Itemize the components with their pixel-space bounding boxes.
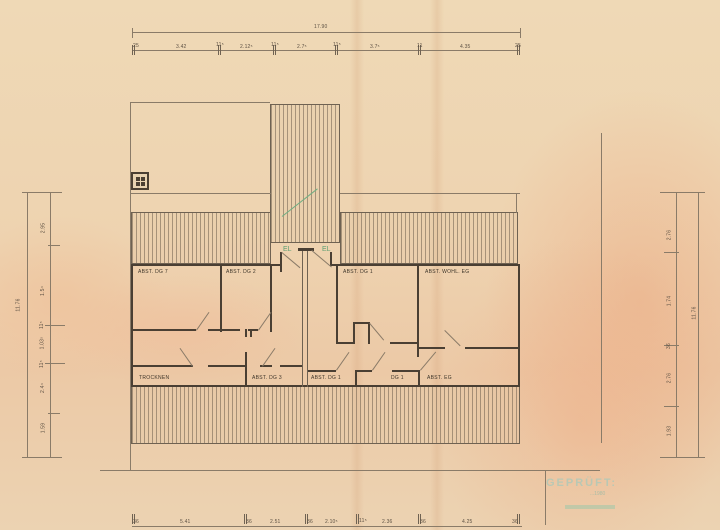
wall-mark: 11⁵ — [39, 360, 45, 368]
room-label-abst-eg: ABST. EG — [427, 375, 452, 381]
property-line-top — [130, 102, 270, 103]
dim-segment: 1.74 — [666, 296, 672, 307]
property-line-bottom — [100, 470, 600, 471]
dim-segment: 4.35 — [460, 44, 471, 50]
dim-segment: 1.5⁴ — [40, 286, 46, 296]
dim-segment: 2.10⁵ — [325, 519, 338, 525]
room-label-abst-dg3: ABST. DG 3 — [252, 375, 282, 381]
dim-segment: 2.76 — [666, 230, 672, 241]
dim-segment: 4.25 — [462, 519, 473, 525]
wall-mark: 36 — [666, 343, 672, 349]
roof-hatch-right — [340, 212, 518, 264]
room-label-abst-wohl-eg: ABST. WOHL. EG — [425, 269, 470, 275]
roof-ridge-hatch — [270, 104, 340, 243]
wall-mark: 25 — [515, 43, 521, 49]
wall-mark: 11⁵ — [216, 42, 224, 48]
dim-segment: 1.03⁵ — [39, 337, 45, 350]
wall-mark: 11⁵ — [333, 42, 341, 48]
room-label-trocknen: TROCKNEN — [139, 375, 169, 381]
wall-mark: 25 — [133, 43, 139, 49]
approval-stamp: GEPRÜFT: — [546, 477, 617, 489]
roof-hatch-bottom — [131, 386, 520, 444]
dim-segment: 1.93 — [666, 426, 672, 437]
dim-segment: 1.59 — [40, 423, 46, 434]
room-label-abst-dg2: ABST. DG 2 — [226, 269, 256, 275]
wall-mark: 11 — [417, 43, 423, 49]
room-label-dg1: DG 1 — [391, 375, 404, 381]
wall-mark: 36 — [512, 519, 518, 525]
wall-mark: 36 — [246, 519, 252, 525]
roof-hatch-left — [131, 212, 271, 264]
stamp-smudge — [565, 505, 615, 509]
dim-segment: 2.12⁵ — [240, 44, 253, 50]
stair-label-left: EL — [283, 246, 292, 253]
dim-segment: 2.7⁵ — [297, 44, 307, 50]
wall-mark: 11⁵ — [39, 321, 45, 329]
approval-stamp-date: ...1980 — [590, 491, 605, 497]
wall-mark: 36 — [307, 519, 313, 525]
dim-segment: 2.4⁴ — [40, 383, 46, 393]
dim-overall-right: 11.76 — [692, 306, 698, 319]
dim-segment: 5.41 — [180, 519, 191, 525]
stair-label-right: EL — [322, 246, 331, 253]
dim-segment: 2.51 — [270, 519, 281, 525]
dim-segment: 2.95 — [40, 223, 46, 234]
dim-overall-top: 17.90 — [314, 24, 328, 30]
dim-segment: 2.36 — [382, 519, 393, 525]
room-label-abst-dg1: ABST. DG 1 — [343, 269, 373, 275]
room-label-abst-dg1-small: ABST. DG 1 — [311, 375, 341, 381]
wall-mark: 36 — [420, 519, 426, 525]
dim-segment: 3.7⁵ — [370, 44, 380, 50]
room-label-abst-dg7: ABST. DG 7 — [138, 269, 168, 275]
wall-mark: 36 — [133, 519, 139, 525]
property-line-right — [601, 133, 602, 443]
skylight-icon — [131, 172, 149, 190]
dim-segment: 2.76 — [666, 373, 672, 384]
dim-overall-left: 11.76 — [16, 298, 22, 311]
dim-segment: 3.42 — [176, 44, 187, 50]
wall-mark: 11⁵ — [359, 518, 367, 524]
wall-mark: 11⁵ — [271, 42, 279, 48]
